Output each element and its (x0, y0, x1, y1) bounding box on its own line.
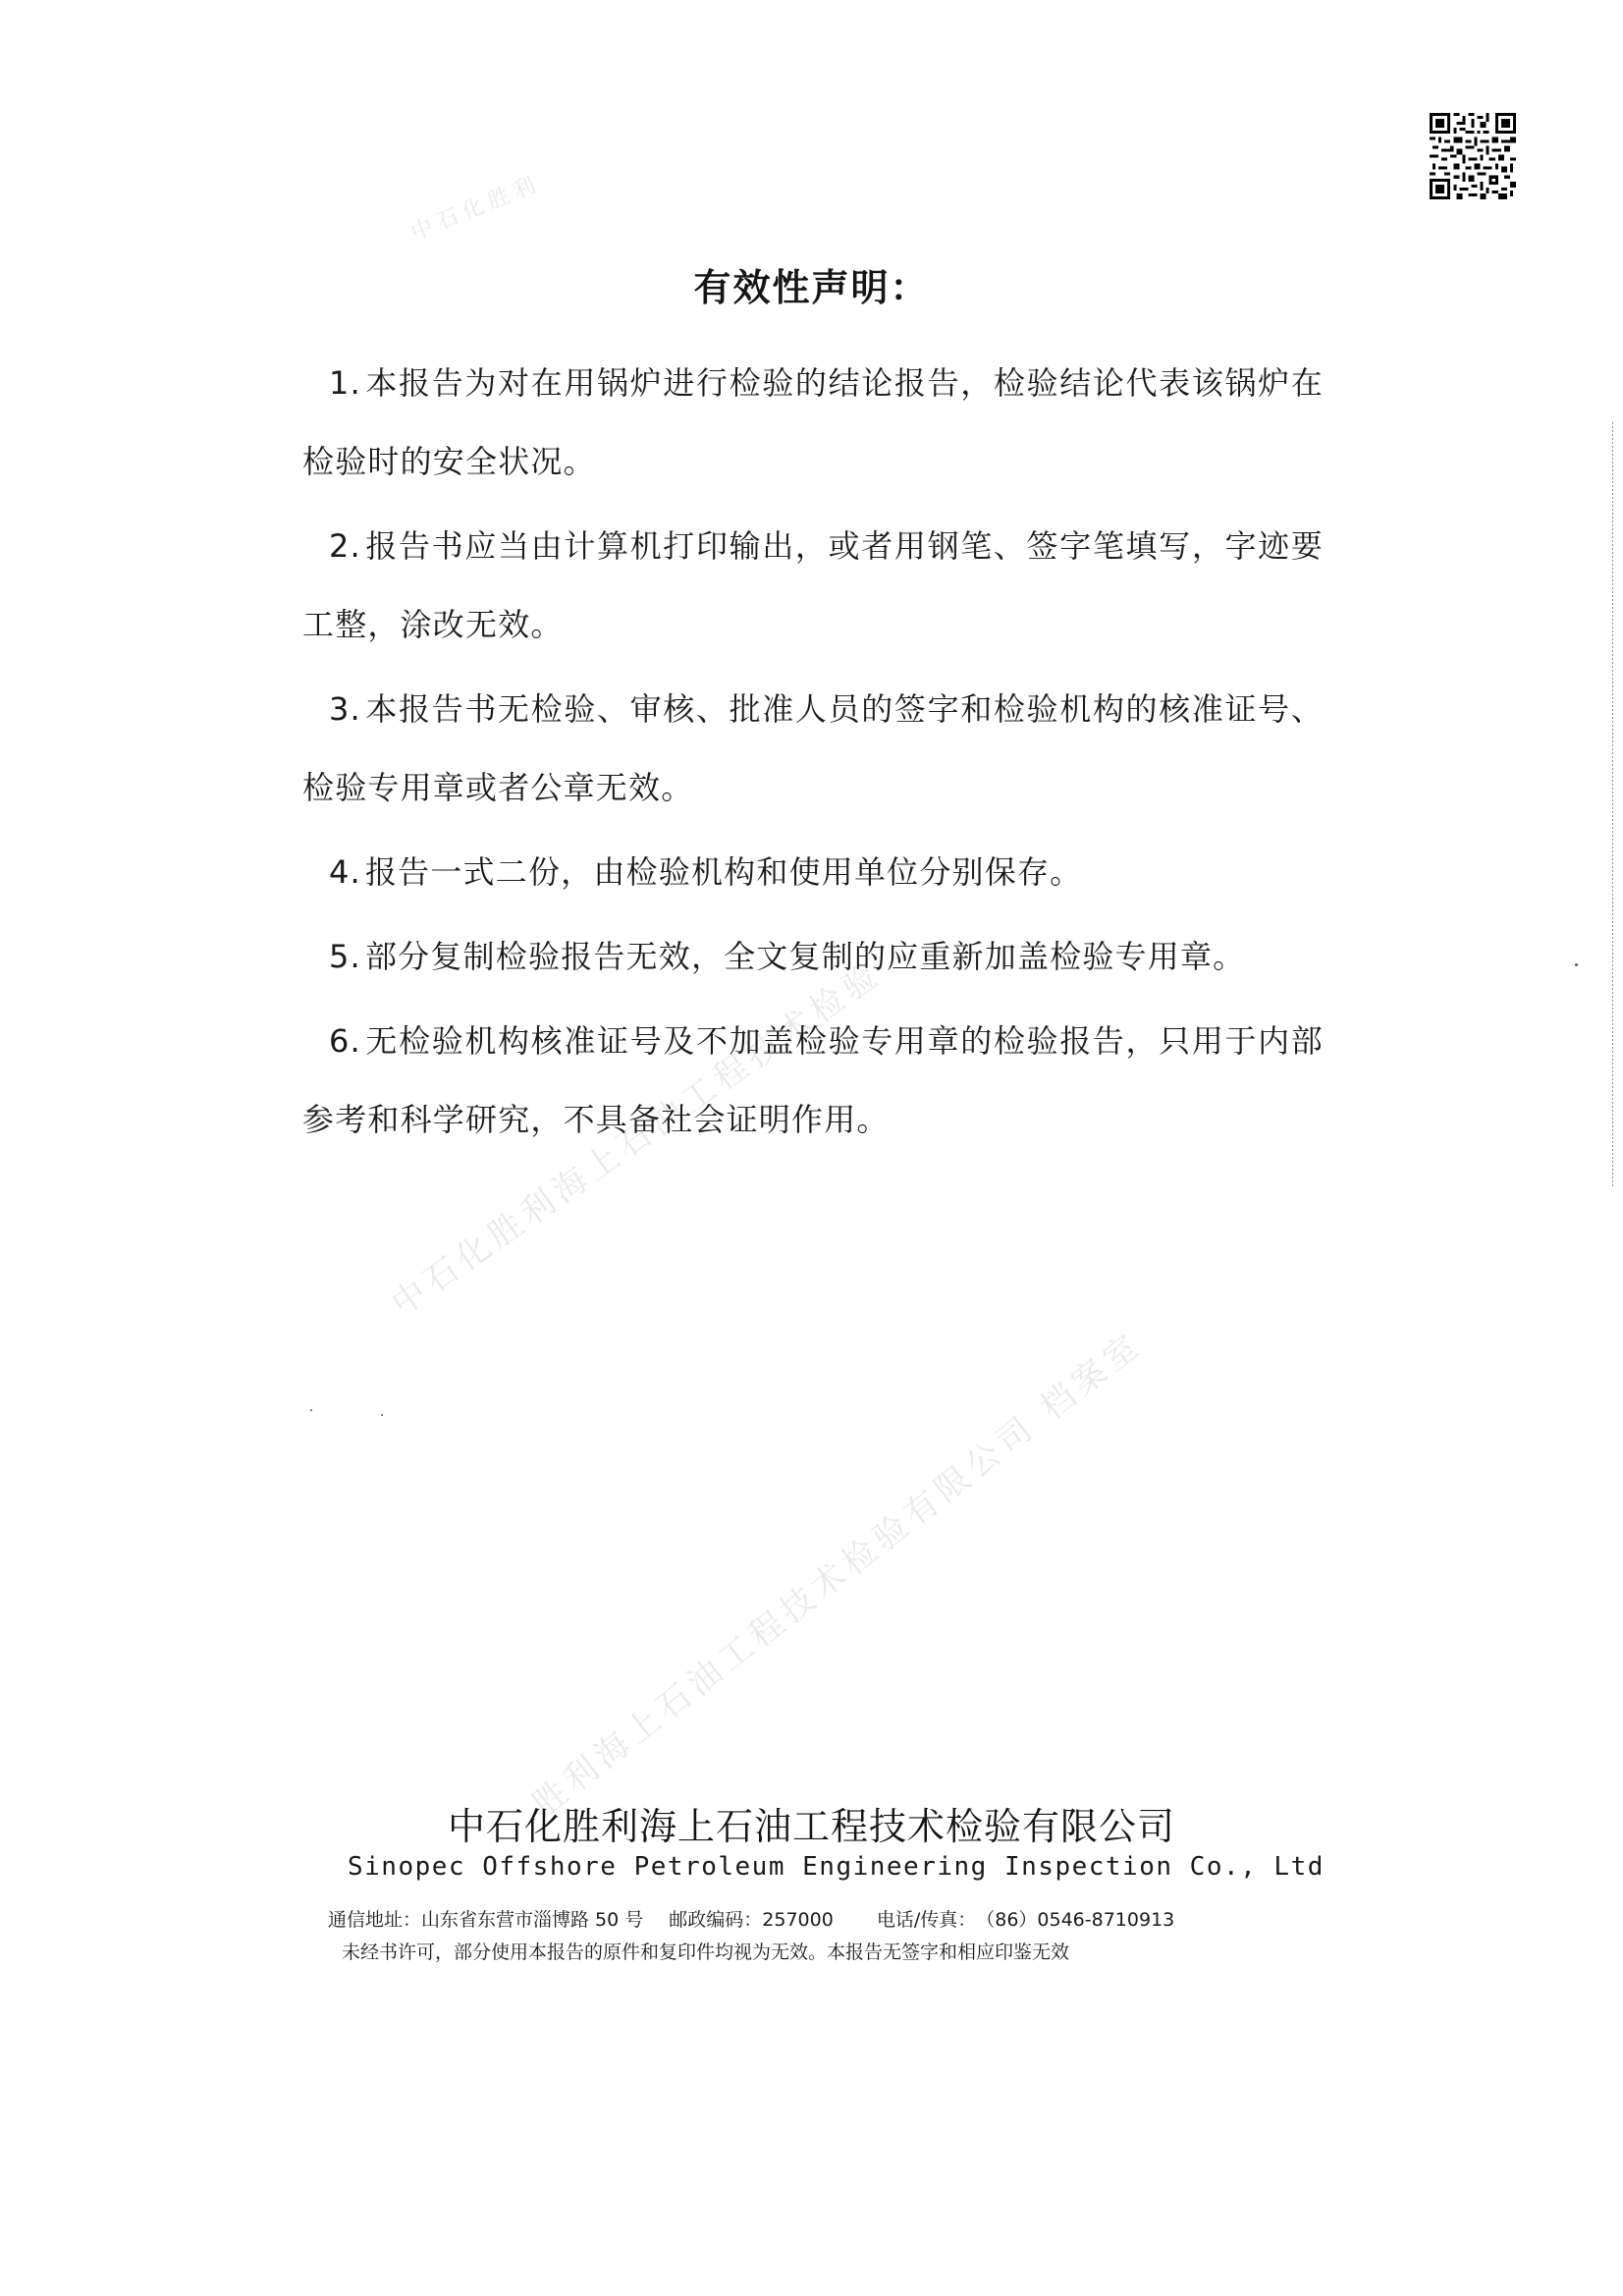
clause-number: 5. (329, 938, 361, 975)
clause-text: 本报告书无检验、审核、批准人员的签字和检验机构的核准证号、检验专用章或者公章无效… (302, 690, 1324, 806)
postcode-value: 257000 (762, 1906, 834, 1934)
qr-code-graphic (1430, 111, 1516, 201)
validity-clauses: 1.本报告为对在用锅炉进行检验的结论报告，检验结论代表该锅炉在检验时的安全状况。… (302, 344, 1324, 1165)
clause-number: 6. (329, 1022, 361, 1060)
phone-value: （86）0546-8710913 (976, 1906, 1174, 1934)
clause-2: 2.报告书应当由计算机打印输出，或者用钢笔、签字笔填写，字迹要工整，涂改无效。 (302, 507, 1324, 664)
clause-5: 5.部分复制检验报告无效，全文复制的应重新加盖检验专用章。 (302, 917, 1324, 996)
clause-number: 3. (329, 690, 361, 728)
postcode-label: 邮政编码： (669, 1906, 762, 1934)
clause-number: 4. (329, 853, 361, 891)
clause-text: 报告一式二份，由检验机构和使用单位分别保存。 (365, 853, 1082, 891)
address-value: 山东省东营市淄博路 50 号 (421, 1906, 643, 1934)
scan-speck (1575, 963, 1578, 966)
scan-speck (381, 1414, 383, 1416)
clause-text: 部分复制检验报告无效，全文复制的应重新加盖检验专用章。 (365, 938, 1245, 975)
clause-text: 本报告为对在用锅炉进行检验的结论报告，检验结论代表该锅炉在检验时的安全状况。 (302, 364, 1324, 480)
clause-text: 无检验机构核准证号及不加盖检验专用章的检验报告，只用于内部参考和科学研究，不具备… (302, 1022, 1324, 1138)
clause-3: 3.本报告书无检验、审核、批准人员的签字和检验机构的核准证号、检验专用章或者公章… (302, 670, 1324, 827)
clause-4: 4.报告一式二份，由检验机构和使用单位分别保存。 (302, 833, 1324, 911)
usage-notice: 未经书许可，部分使用本报告的原件和复印件均视为无效。本报告无签字和相应印鉴无效 (342, 1939, 1069, 1966)
document-page: 中石化胜利 中石化胜利海上石油工程技术检验 胜利海上石油工程技术检验有限公司 档… (0, 0, 1623, 2296)
watermark-top: 中石化胜利 (406, 167, 544, 246)
watermark-lower: 胜利海上石油工程技术检验有限公司 档案室 (520, 1318, 1151, 1826)
qr-code-icon (1430, 111, 1516, 201)
company-name-chinese: 中石化胜利海上石油工程技术检验有限公司 (0, 1803, 1623, 1850)
clause-number: 2. (329, 527, 361, 565)
company-name-english: Sinopec Offshore Petroleum Engineering I… (348, 1850, 1325, 1884)
clause-1: 1.本报告为对在用锅炉进行检验的结论报告，检验结论代表该锅炉在检验时的安全状况。 (302, 344, 1324, 501)
clause-6: 6.无检验机构核准证号及不加盖检验专用章的检验报告，只用于内部参考和科学研究，不… (302, 1002, 1324, 1159)
phone-label: 电话/传真： (877, 1906, 976, 1934)
scan-speck (310, 1409, 312, 1411)
contact-line: 通信地址：山东省东营市淄博路 50 号邮政编码：257000电话/传真：（86）… (328, 1906, 1174, 1934)
page-title: 有效性声明： (0, 263, 1623, 312)
clause-number: 1. (329, 364, 361, 402)
clause-text: 报告书应当由计算机打印输出，或者用钢笔、签字笔填写，字迹要工整，涂改无效。 (302, 527, 1324, 643)
scan-edge-line (1612, 422, 1613, 1188)
address-label: 通信地址： (328, 1906, 421, 1934)
